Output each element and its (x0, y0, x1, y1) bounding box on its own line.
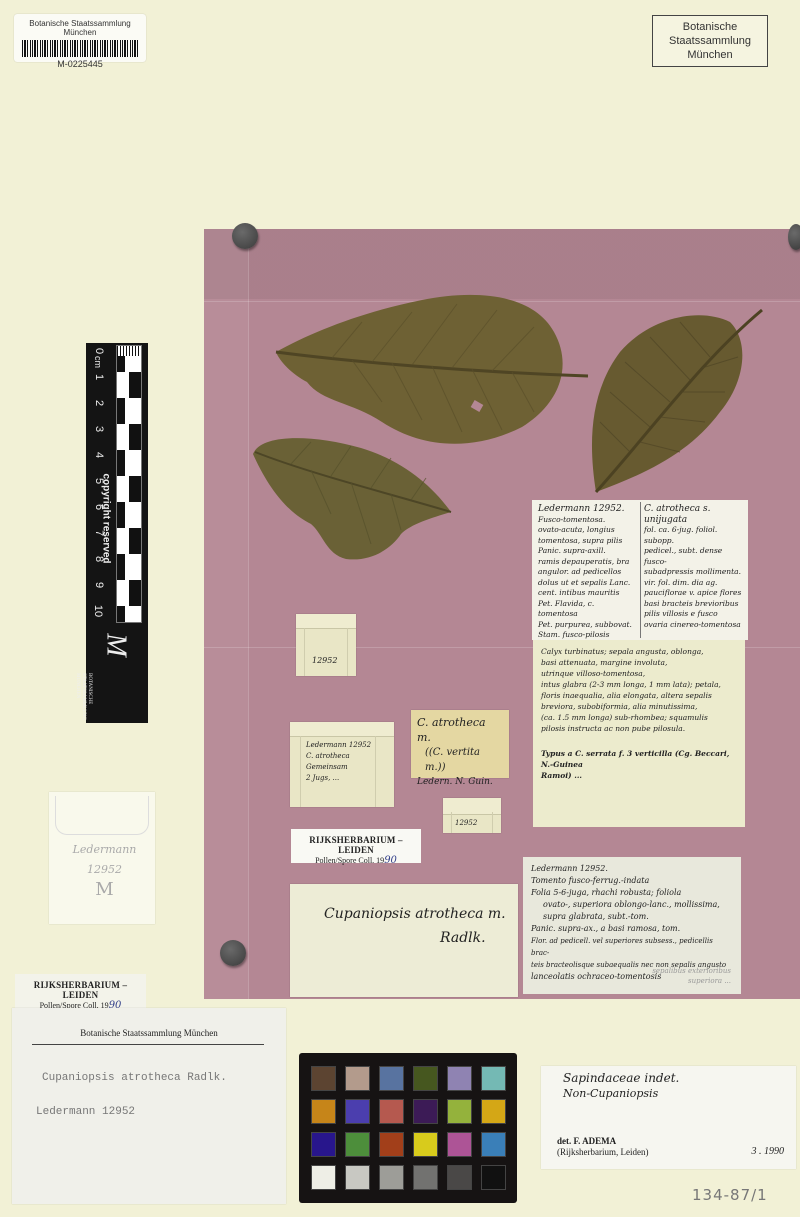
pollen-label-text: Pollen/Spore Coll. 19 (315, 856, 384, 865)
pollen-label-year: 90 (384, 855, 397, 866)
color-swatch (345, 1099, 370, 1124)
note-line: vir. fol. dim. dia ag. (644, 578, 742, 589)
determination-label: Sapindaceae indet. Non-Cupaniopsis det. … (541, 1066, 796, 1169)
note-line: Ramoi) ... (541, 770, 737, 781)
leaf-specimen-large (272, 292, 594, 448)
logo-text-line: STAATSSAMMLUNG (80, 673, 86, 753)
note-line: ovaria cinereo-tomentosa (644, 620, 742, 631)
determination-line: Non-Cupaniopsis (563, 1086, 679, 1102)
note-line: floris inaequalia, alia elongata, altera… (541, 690, 737, 701)
note-line: fol. ca. 6-jug. foliol. subopp. (644, 525, 742, 546)
color-checker-chart (299, 1053, 517, 1203)
note-line: Tomento fusco-ferrug.-indata (531, 875, 733, 887)
note-line: tomentosa, supra pilis (538, 536, 636, 547)
herbarium-label-taxon: Cupaniopsis atrotheca Radlk. (42, 1072, 227, 1084)
envelope-text: Ledermann 12952 M (57, 840, 152, 900)
label-line: C. atrotheca m. (417, 715, 503, 745)
pollen-label-title: RIJKSHERBARIUM – LEIDEN (15, 974, 146, 1000)
color-swatch (311, 1066, 336, 1091)
note-line: angulor. ad pedicellos (538, 567, 636, 578)
color-swatch (345, 1066, 370, 1091)
note-line: Stam. fusco-pilosis (538, 630, 636, 640)
type-name-card: Cupaniopsis atrotheca m. Radlk. (290, 884, 518, 997)
barcode-label: Botanische Staatssammlung München M-0225… (14, 14, 146, 62)
herbarium-label-header: Botanische Staatssammlung München (12, 1028, 286, 1038)
envelope-line: M (57, 880, 152, 900)
envelope-line: Ledermann (57, 840, 152, 860)
color-swatch (379, 1132, 404, 1157)
stamp-line: Staatssammlung (653, 34, 767, 48)
handwritten-notes-card-2: Calyx turbinatus; sepala angusta, oblong… (533, 640, 745, 827)
ruler-tick: 3 (93, 426, 105, 432)
note-line: superiora ... (601, 976, 731, 986)
fragment-packet-2[interactable]: Ledermann 12952 C. atrotheca Gemeinsam 2… (290, 722, 394, 807)
note-line: utrinque villoso-tomentosa, (541, 668, 737, 679)
handwritten-notes-card-3: Ledermann 12952. Tomento fusco-ferrug.-i… (523, 857, 741, 994)
note-line: supra glabrata, subt.-tom. (531, 911, 733, 923)
fragment-packet-3[interactable]: 12952 (443, 798, 501, 833)
pollen-collection-label: RIJKSHERBARIUM – LEIDEN Pollen/Spore Col… (291, 829, 421, 863)
ruler-tick: 10 (92, 605, 104, 617)
note-line: Folia 5-6-juga, rhachi robusta; foliola (531, 887, 733, 899)
note-line: cent. intibus mauritis (538, 588, 636, 599)
ruler-tick: 1 (93, 374, 105, 380)
color-swatch (379, 1066, 404, 1091)
color-swatch (447, 1132, 472, 1157)
ruler-copyright: copyright reserved (101, 459, 112, 579)
note-line: Calyx turbinatus; sepala angusta, oblong… (541, 646, 737, 657)
note-line: Pet. Flavida, c. tomentosa (538, 599, 636, 620)
scale-ruler: 0 cm 1 2 3 4 5 6 7 8 9 10 copyright rese… (86, 343, 148, 723)
packet-line: 2 Jugs, ... (306, 773, 371, 784)
ruler-tick: 2 (93, 400, 105, 406)
note-line: ovato-acuta, longius (538, 525, 636, 536)
note-line: (ca. 1.5 mm longa) sub-rhombea; squamuli… (541, 712, 737, 723)
magnet-icon (788, 224, 800, 250)
color-swatch (345, 1165, 370, 1190)
ruler-tick: 4 (93, 452, 105, 458)
ruler-tick: 9 (93, 582, 105, 588)
label-line: Ledern. N. Guin. (417, 775, 503, 790)
determination-line: Sapindaceae indet. (563, 1070, 679, 1086)
herbarium-label-collector: Ledermann 12952 (36, 1106, 135, 1118)
color-swatch (447, 1066, 472, 1091)
faint-pencil-notes: sepalibus exterioribus superiora ... (601, 966, 731, 986)
packet-line: C. atrotheca (306, 751, 371, 762)
color-swatch (481, 1165, 506, 1190)
color-swatch (481, 1099, 506, 1124)
envelope-flap (55, 796, 149, 835)
determination-date: 3 . 1990 (752, 1146, 785, 1157)
name-card-author: Radlk. (440, 930, 486, 946)
pollen-label-subtitle: Pollen/Spore Coll. 1990 (291, 855, 421, 866)
note-line: Panic. supra-axill. (538, 546, 636, 557)
color-swatch (481, 1132, 506, 1157)
note-line: Ledermann 12952. (531, 863, 733, 875)
color-swatch (311, 1099, 336, 1124)
ruler-scale-bar (116, 345, 142, 623)
bsm-logo-icon: M BOTANISCHE STAATSSAMMLUNG MÜNCHEN (92, 629, 142, 719)
note-line: Typus a C. serrata f. 3 verticilla (Cg. … (541, 748, 737, 770)
packet-line: Gemeinsam (306, 762, 371, 773)
pollen-collection-label-sheet: RIJKSHERBARIUM – LEIDEN Pollen/Spore Col… (15, 974, 146, 1008)
note-line: ovato-, superiora oblongo-lanc., molliss… (531, 899, 733, 911)
note-line: pilis villosis e fusco (644, 609, 742, 620)
note-line: pilosis instructa ac non pube pilosula. (541, 723, 737, 734)
note-line: C. atrotheca s. unijugata (644, 504, 742, 525)
note-line: breviora, subobiformia, alia minutissima… (541, 701, 737, 712)
color-swatch (413, 1165, 438, 1190)
note-line: Panic. supra-ax., a basi ramosa, tom. (531, 923, 733, 935)
determination-text: Sapindaceae indet. Non-Cupaniopsis (563, 1070, 679, 1102)
barcode-institution: Botanische Staatssammlung München (14, 14, 146, 37)
divider (32, 1044, 264, 1045)
color-swatch (379, 1099, 404, 1124)
note-line: sepalibus exterioribus (601, 966, 731, 976)
packet-number: 12952 (455, 819, 477, 827)
logo-monogram: M (100, 633, 132, 656)
note-line: basi attenuata, margine involuta, (541, 657, 737, 668)
note-line: pauciflorae v. apice flores (644, 588, 742, 599)
packet-line: Ledermann 12952 (306, 740, 371, 751)
color-swatch (413, 1099, 438, 1124)
stamp-line: Botanische (653, 20, 767, 34)
label-line: ((C. vertita m.)) (417, 745, 503, 775)
color-swatch (481, 1066, 506, 1091)
determiner-name: det. F. ADEMA (557, 1136, 648, 1147)
ruler-tick: 0 (93, 348, 105, 354)
pollen-label-title: RIJKSHERBARIUM – LEIDEN (291, 829, 421, 855)
stamp-line: München (653, 48, 767, 62)
magnet-icon (232, 223, 258, 249)
name-card-taxon: Cupaniopsis atrotheca m. (324, 906, 506, 922)
note-line: ramis depauperatis, bra (538, 557, 636, 568)
specimen-envelope[interactable]: Ledermann 12952 M (49, 792, 155, 924)
color-swatch (345, 1132, 370, 1157)
color-swatch (311, 1165, 336, 1190)
logo-text-line: BOTANISCHE (86, 673, 92, 753)
note-line: dolus ut et sepalis Lanc. (538, 578, 636, 589)
magnet-icon (220, 940, 246, 966)
accession-number: 134-87/1 (692, 1186, 768, 1204)
color-swatch (413, 1066, 438, 1091)
note-line: Fusco-tomentosa. (538, 515, 636, 526)
barcode-number: M-0225445 (14, 59, 146, 69)
leaf-specimen-fragment (251, 434, 453, 562)
determiner: det. F. ADEMA (Rijksherbarium, Leiden) (557, 1136, 648, 1158)
color-swatch (447, 1099, 472, 1124)
color-swatch (379, 1165, 404, 1190)
note-line: basi bracteis brevioribus (644, 599, 742, 610)
determiner-institution: (Rijksherbarium, Leiden) (557, 1147, 648, 1158)
handwritten-notes-card-1: Ledermann 12952. Fusco-tomentosa. ovato-… (532, 500, 748, 640)
note-line: intus glabra (2-3 mm longa, 1 mm lata); … (541, 679, 737, 690)
ruler-unit: cm (93, 356, 103, 368)
color-swatch (311, 1132, 336, 1157)
logo-text: BOTANISCHE STAATSSAMMLUNG MÜNCHEN (74, 673, 92, 753)
herbarium-label: Botanische Staatssammlung München Cupani… (12, 1008, 286, 1204)
institution-stamp: Botanische Staatssammlung München (652, 15, 768, 67)
packet-number: 12952 (312, 656, 337, 665)
color-swatch (413, 1132, 438, 1157)
note-line: subadpressis mollimenta. (644, 567, 742, 578)
original-determination-label: C. atrotheca m. ((C. vertita m.)) Ledern… (411, 710, 509, 778)
leaf-specimen-right (590, 302, 765, 502)
envelope-line: 12952 (57, 860, 152, 880)
fragment-packet-1[interactable]: 12952 (296, 614, 356, 676)
note-line: Pet. purpurea, subbovat. (538, 620, 636, 631)
note-line: Flor. ad pedicell. vel superiores subses… (531, 935, 733, 959)
barcode-icon (22, 40, 138, 57)
note-line: Ledermann 12952. (538, 504, 636, 515)
color-swatch (447, 1165, 472, 1190)
note-line: pedicel., subt. dense fusco- (644, 546, 742, 567)
